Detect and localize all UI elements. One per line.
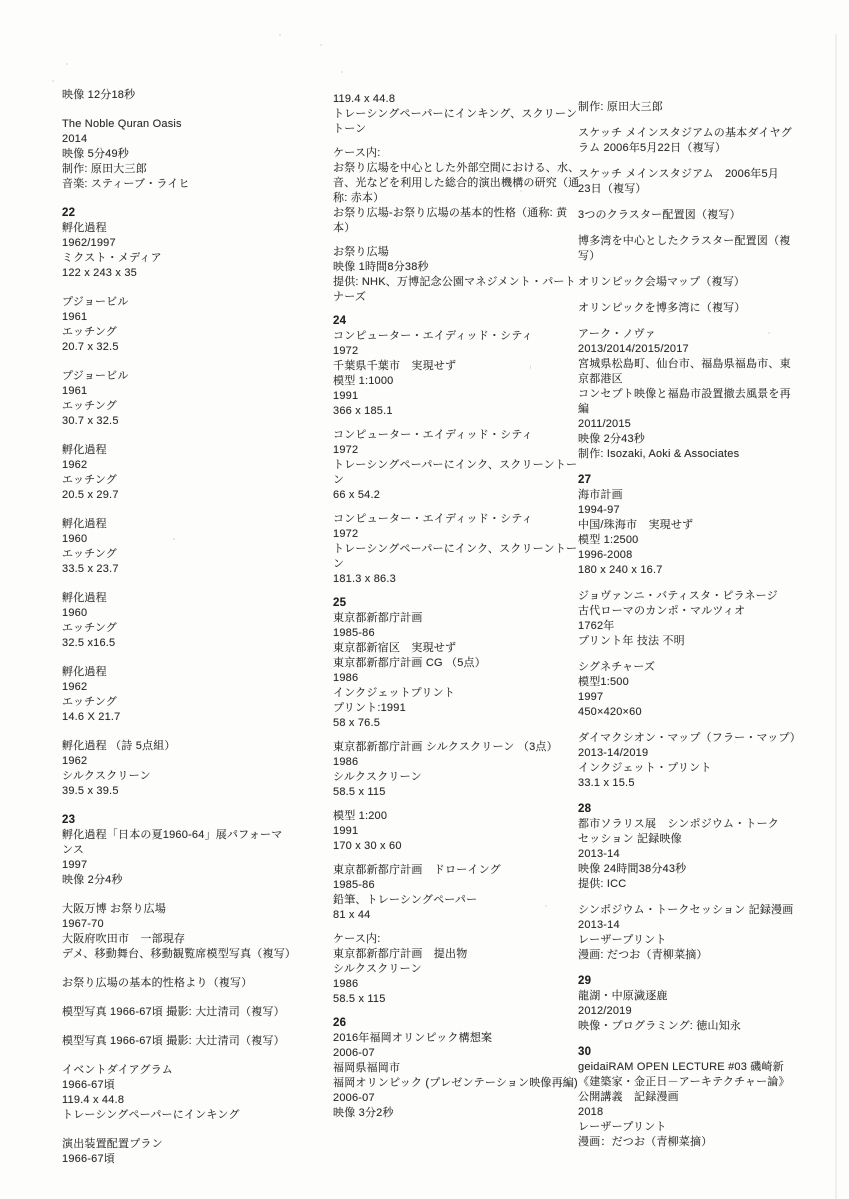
text-line: 海市計画: [578, 488, 836, 503]
text-line: 提供: NHK、万博記念公園マネジメント・パート: [333, 275, 601, 290]
text-line: 2011/2015: [578, 417, 836, 432]
text-line: インクジェットプリント: [333, 686, 601, 701]
scan-speck: [520, 190, 522, 192]
scan-speck: [530, 365, 531, 369]
text-line: 模型 1:200: [333, 809, 601, 824]
text-line: 33.5 x 23.7: [62, 562, 334, 577]
text-line: ナーズ: [333, 290, 601, 305]
entry-number: 22: [62, 206, 334, 221]
text-line: 古代ローマのカンポ・マルツィオ: [578, 604, 836, 619]
scan-speck: [545, 905, 547, 907]
text-line: 公開講義 記録漫画: [578, 1090, 836, 1105]
catalog-entry: 大阪万博 お祭り広場1967-70大阪府吹田市 一部現存デメ、移動舞台、移動観覧…: [62, 902, 334, 962]
text-line: トーン: [333, 122, 601, 137]
text-line: エッチング: [62, 325, 334, 340]
text-line: オリンピックを博多湾に（複写）: [578, 301, 836, 316]
text-line: シルクスクリーン: [333, 770, 601, 785]
text-line: 東京都新都庁計画: [333, 611, 601, 626]
text-line: 東京都新都庁計画 提出物: [333, 947, 601, 962]
scan-speck: [768, 332, 770, 334]
scanned-page: 映像 12分18秒The Noble Quran Oasis2014映像 5分4…: [0, 0, 849, 1199]
text-line: 2013/2014/2015/2017: [578, 342, 836, 357]
text-line: 都市ソラリス展 シンポジウム・トーク: [578, 817, 836, 832]
text-line: 1762年: [578, 619, 836, 634]
catalog-entry: 東京都新都庁計画 ドローイング1985-86鉛筆、トレーシングペーパー81 x …: [333, 863, 601, 923]
catalog-entry: 映像 12分18秒: [62, 88, 334, 103]
catalog-entry: 119.4 x 44.8トレーシングペーパーにインキング、スクリーントーン: [333, 92, 601, 137]
text-line: 1986: [333, 671, 601, 686]
catalog-entry: 孵化過程1960エッチング32.5 x16.5: [62, 591, 334, 651]
text-line: 音、光などを利用した総合的演出機構の研究（通: [333, 176, 601, 191]
text-line: イベントダイアグラム: [62, 1063, 334, 1078]
text-line: 編: [578, 402, 836, 417]
text-line: 龍湖・中原濊逐鹿: [578, 989, 836, 1004]
catalog-entry: 博多湾を中心としたクラスター配置図（複写）: [578, 234, 836, 264]
text-line: アーク・ノヴァ: [578, 327, 836, 342]
text-line: セッション 記録映像: [578, 832, 836, 847]
catalog-entry: スケッチ メインスタジアム 2006年5月23日（複写）: [578, 167, 836, 197]
text-line: シルクスクリーン: [333, 962, 601, 977]
catalog-entry: シンポジウム・トークセッション 記録漫画2013-14レーザープリント漫画: だ…: [578, 903, 836, 963]
text-line: お祭り広場-お祭り広場の基本的性格（通称: 黄: [333, 206, 601, 221]
text-line: エッチング: [62, 399, 334, 414]
text-line: オリンピック会場マップ（複写）: [578, 275, 836, 290]
catalog-entry: 22孵化過程1962/1997ミクスト・メディア122 x 243 x 35: [62, 206, 334, 281]
text-line: 1991: [333, 824, 601, 839]
text-line: 2014: [62, 132, 334, 147]
text-line: 1966-67頃: [62, 1078, 334, 1093]
text-line: 1961: [62, 310, 334, 325]
catalog-entry: 30geidaiRAM OPEN LECTURE #03 磯崎新《建築家・金正日…: [578, 1045, 836, 1150]
catalog-entry: イベントダイアグラム1966-67頃119.4 x 44.8トレーシングペーパー…: [62, 1063, 334, 1123]
catalog-entry: 模型写真 1966-67頃 撮影: 大辻清司（複写）: [62, 1034, 334, 1049]
text-line: 20.5 x 29.7: [62, 488, 334, 503]
catalog-entry: お祭り広場の基本的性格より（複写）: [62, 976, 334, 991]
text-line: 1960: [62, 606, 334, 621]
text-line: 映像 2分4秒: [62, 873, 334, 888]
text-line: 1967-70: [62, 917, 334, 932]
text-line: 30.7 x 32.5: [62, 414, 334, 429]
column-left: 映像 12分18秒The Noble Quran Oasis2014映像 5分4…: [62, 88, 334, 1181]
scan-speck: [279, 34, 281, 36]
text-line: 博多湾を中心としたクラスター配置図（複: [578, 234, 836, 249]
text-line: 福岡オリンピック (プレゼンテーション映像再編): [333, 1076, 601, 1091]
text-line: 制作: 原田大三郎: [578, 100, 836, 115]
text-line: シンポジウム・トークセッション 記録漫画: [578, 903, 836, 918]
text-line: 1997: [62, 858, 334, 873]
text-line: コンピューター・エイディッド・シティ: [333, 428, 601, 443]
text-line: 1962: [62, 458, 334, 473]
text-line: 大阪万博 お祭り広場: [62, 902, 334, 917]
text-line: 鉛筆、トレーシングペーパー: [333, 893, 601, 908]
text-line: 1972: [333, 527, 601, 542]
text-line: 81 x 44: [333, 908, 601, 923]
text-line: 模型 1:2500: [578, 533, 836, 548]
text-line: 1991: [333, 389, 601, 404]
catalog-entry: 28都市ソラリス展 シンポジウム・トークセッション 記録映像2013-14映像 …: [578, 802, 836, 892]
text-line: geidaiRAM OPEN LECTURE #03 磯崎新: [578, 1060, 836, 1075]
text-line: ケース内:: [333, 932, 601, 947]
text-line: 3つのクラスター配置図（複写）: [578, 208, 836, 223]
catalog-entry: The Noble Quran Oasis2014映像 5分49秒制作: 原田大…: [62, 117, 334, 192]
text-line: 千葉県千葉市 実現せず: [333, 359, 601, 374]
text-line: 1966-67頃: [62, 1152, 334, 1167]
text-line: レーザープリント: [578, 933, 836, 948]
text-line: ダイマクシオン・マップ（フラー・マップ）: [578, 731, 836, 746]
column-right: 制作: 原田大三郎スケッチ メインスタジアムの基本ダイヤグラム 2006年5月2…: [578, 100, 836, 1161]
text-line: ラム 2006年5月22日（複写）: [578, 141, 836, 156]
text-line: 58.5 x 115: [333, 785, 601, 800]
entry-number: 30: [578, 1045, 836, 1060]
text-line: 119.4 x 44.8: [62, 1093, 334, 1108]
text-line: 180 x 240 x 16.7: [578, 563, 836, 578]
text-line: 1962: [62, 754, 334, 769]
text-line: 20.7 x 32.5: [62, 340, 334, 355]
text-line: 東京都新都庁計画 CG （5点）: [333, 656, 601, 671]
catalog-entry: コンピューター・エイディッド・シティ1972トレーシングペーパーにインク、スクリ…: [333, 512, 601, 587]
text-line: 1985-86: [333, 626, 601, 641]
text-line: トレーシングペーパーにインキング: [62, 1108, 334, 1123]
text-line: プジョービル: [62, 295, 334, 310]
text-line: 提供: ICC: [578, 877, 836, 892]
text-line: スケッチ メインスタジアムの基本ダイヤグ: [578, 126, 836, 141]
text-line: 1997: [578, 690, 836, 705]
text-line: ン: [333, 473, 601, 488]
catalog-entry: 29龍湖・中原濊逐鹿2012/2019映像・プログラミング: 徳山知永: [578, 974, 836, 1034]
scan-speck: [341, 71, 343, 73]
text-line: 32.5 x16.5: [62, 636, 334, 651]
text-line: 66 x 54.2: [333, 488, 601, 503]
text-line: 大阪府吹田市 一部現存: [62, 932, 334, 947]
text-line: コンセプト映像と福島市設置撤去風景を再: [578, 387, 836, 402]
text-line: 1972: [333, 344, 601, 359]
text-line: 演出装置配置プラン: [62, 1137, 334, 1152]
catalog-entry: ケース内:東京都新都庁計画 提出物シルクスクリーン198658.5 x 115: [333, 932, 601, 1007]
text-line: 映像 5分49秒: [62, 147, 334, 162]
text-line: 1962: [62, 680, 334, 695]
text-line: 映像 24時間38分43秒: [578, 862, 836, 877]
text-line: 1960: [62, 532, 334, 547]
catalog-entry: コンピューター・エイディッド・シティ1972トレーシングペーパーにインク、スクリ…: [333, 428, 601, 503]
catalog-entry: 262016年福岡オリンピック構想案2006-07福岡県福岡市福岡オリンピック …: [333, 1016, 601, 1121]
text-line: 170 x 30 x 60: [333, 839, 601, 854]
entry-number: 25: [333, 596, 601, 611]
text-line: スケッチ メインスタジアム 2006年5月: [578, 167, 836, 182]
text-line: 1961: [62, 384, 334, 399]
text-line: 181.3 x 86.3: [333, 572, 601, 587]
text-line: ミクスト・メディア: [62, 251, 334, 266]
text-line: 東京都新都庁計画 ドローイング: [333, 863, 601, 878]
text-line: 2018: [578, 1105, 836, 1120]
text-line: 孵化過程: [62, 517, 334, 532]
text-line: 模型 1:1000: [333, 374, 601, 389]
catalog-entry: 24コンピューター・エイディッド・シティ1972千葉県千葉市 実現せず模型 1:…: [333, 314, 601, 419]
text-line: 2013-14: [578, 847, 836, 862]
entry-number: 24: [333, 314, 601, 329]
catalog-entry: 模型写真 1966-67頃 撮影: 大辻清司（複写）: [62, 1005, 334, 1020]
catalog-entry: 東京都新都庁計画 シルクスクリーン （3点）1986シルクスクリーン58.5 x…: [333, 740, 601, 800]
text-line: デメ、移動舞台、移動観覧席模型写真（複写）: [62, 947, 334, 962]
text-line: 58 x 76.5: [333, 716, 601, 731]
text-line: プジョービル: [62, 369, 334, 384]
text-line: トレーシングペーパーにインク、スクリーントー: [333, 458, 601, 473]
text-line: 称: 赤本）: [333, 191, 601, 206]
catalog-entry: プジョービル1961エッチング30.7 x 32.5: [62, 369, 334, 429]
text-line: 東京都新宿区 実現せず: [333, 641, 601, 656]
text-line: 宮城県松島町、仙台市、福島県福島市、東: [578, 357, 836, 372]
text-line: 模型写真 1966-67頃 撮影: 大辻清司（複写）: [62, 1034, 334, 1049]
catalog-entry: アーク・ノヴァ2013/2014/2015/2017宮城県松島町、仙台市、福島県…: [578, 327, 836, 462]
catalog-entry: 孵化過程 （詩 5点組）1962シルクスクリーン39.5 x 39.5: [62, 739, 334, 799]
text-line: 2013-14: [578, 918, 836, 933]
text-line: 孵化過程: [62, 221, 334, 236]
text-line: プリント:1991: [333, 701, 601, 716]
scan-speck: [66, 63, 68, 65]
text-line: 映像 2分43秒: [578, 432, 836, 447]
text-line: 写）: [578, 249, 836, 264]
column-middle: 119.4 x 44.8トレーシングペーパーにインキング、スクリーントーンケース…: [333, 92, 601, 1130]
text-line: 39.5 x 39.5: [62, 784, 334, 799]
text-line: 映像・プログラミング: 徳山知永: [578, 1019, 836, 1034]
text-line: 東京都新都庁計画 シルクスクリーン （3点）: [333, 740, 601, 755]
entry-number: 28: [578, 802, 836, 817]
entry-number: 29: [578, 974, 836, 989]
text-line: コンピューター・エイディッド・シティ: [333, 329, 601, 344]
text-line: 音楽: スティーブ・ライヒ: [62, 177, 334, 192]
text-line: インクジェット・プリント: [578, 761, 836, 776]
text-line: ンス: [62, 843, 334, 858]
text-line: 2006-07: [333, 1091, 601, 1106]
scan-edge-line: [835, 34, 837, 1199]
text-line: 1986: [333, 755, 601, 770]
text-line: エッチング: [62, 695, 334, 710]
text-line: 14.6 X 21.7: [62, 710, 334, 725]
text-line: 漫画: だつお（青柳菜摘）: [578, 948, 836, 963]
text-line: コンピューター・エイディッド・シティ: [333, 512, 601, 527]
catalog-entry: ケース内:お祭り広場を中心とした外部空間における、水、音、光などを利用した総合的…: [333, 146, 601, 236]
text-line: エッチング: [62, 547, 334, 562]
text-line: 孵化過程「日本の夏1960-64」展パフォーマ: [62, 828, 334, 843]
text-line: 模型写真 1966-67頃 撮影: 大辻清司（複写）: [62, 1005, 334, 1020]
text-line: お祭り広場: [333, 245, 601, 260]
text-line: 漫画：だつお（青柳菜摘）: [578, 1135, 836, 1150]
catalog-entry: 25東京都新都庁計画1985-86東京都新宿区 実現せず東京都新都庁計画 CG …: [333, 596, 601, 731]
text-line: 450×420×60: [578, 705, 836, 720]
catalog-entry: 27海市計画1994-97中国/珠海市 実現せず模型 1:25001996-20…: [578, 473, 836, 578]
scan-speck: [173, 538, 175, 540]
text-line: 58.5 x 115: [333, 992, 601, 1007]
text-line: 映像 1時間8分38秒: [333, 260, 601, 275]
text-line: 1962/1997: [62, 236, 334, 251]
catalog-entry: 23孵化過程「日本の夏1960-64」展パフォーマンス1997映像 2分4秒: [62, 813, 334, 888]
text-line: 本）: [333, 221, 601, 236]
text-line: 福岡県福岡市: [333, 1061, 601, 1076]
text-line: 1994-97: [578, 503, 836, 518]
text-line: お祭り広場を中心とした外部空間における、水、: [333, 161, 601, 176]
text-line: プリント年 技法 不明: [578, 634, 836, 649]
catalog-entry: ダイマクシオン・マップ（フラー・マップ）2013-14/2019インクジェット・…: [578, 731, 836, 791]
text-line: 孵化過程: [62, 591, 334, 606]
text-line: The Noble Quran Oasis: [62, 117, 334, 132]
entry-number: 26: [333, 1016, 601, 1031]
text-line: 京都港区: [578, 372, 836, 387]
text-line: 制作: 原田大三郎: [62, 162, 334, 177]
catalog-entry: 3つのクラスター配置図（複写）: [578, 208, 836, 223]
catalog-entry: 孵化過程1962エッチング14.6 X 21.7: [62, 665, 334, 725]
catalog-entry: スケッチ メインスタジアムの基本ダイヤグラム 2006年5月22日（複写）: [578, 126, 836, 156]
text-line: 2012/2019: [578, 1004, 836, 1019]
text-line: 2013-14/2019: [578, 746, 836, 761]
text-line: シグネチャーズ: [578, 660, 836, 675]
text-line: 映像 3分2秒: [333, 1106, 601, 1121]
text-line: 《建築家・金正日－アーキテクチャー論》: [578, 1075, 836, 1090]
text-line: 119.4 x 44.8: [333, 92, 601, 107]
catalog-entry: 制作: 原田大三郎: [578, 100, 836, 115]
text-line: 33.1 x 15.5: [578, 776, 836, 791]
text-line: 中国/珠海市 実現せず: [578, 518, 836, 533]
text-line: トレーシングペーパーにインキング、スクリーン: [333, 107, 601, 122]
text-line: 映像 12分18秒: [62, 88, 334, 103]
text-line: 122 x 243 x 35: [62, 266, 334, 281]
text-line: ケース内:: [333, 146, 601, 161]
text-line: 孵化過程: [62, 443, 334, 458]
catalog-entry: プジョービル1961エッチング20.7 x 32.5: [62, 295, 334, 355]
text-line: 1972: [333, 443, 601, 458]
catalog-entry: 演出装置配置プラン1966-67頃: [62, 1137, 334, 1167]
catalog-entry: 孵化過程1960エッチング33.5 x 23.7: [62, 517, 334, 577]
text-line: お祭り広場の基本的性格より（複写）: [62, 976, 334, 991]
entry-number: 27: [578, 473, 836, 488]
catalog-entry: 孵化過程1962エッチング20.5 x 29.7: [62, 443, 334, 503]
scan-speck: [52, 80, 54, 82]
catalog-entry: お祭り広場映像 1時間8分38秒提供: NHK、万博記念公園マネジメント・パート…: [333, 245, 601, 305]
text-line: エッチング: [62, 621, 334, 636]
text-line: 制作: Isozaki, Aoki & Associates: [578, 447, 836, 462]
text-line: 模型1:500: [578, 675, 836, 690]
text-line: 2006-07: [333, 1046, 601, 1061]
text-line: 孵化過程 （詩 5点組）: [62, 739, 334, 754]
text-line: ン: [333, 557, 601, 572]
text-line: 1986: [333, 977, 601, 992]
text-line: 366 x 185.1: [333, 404, 601, 419]
text-line: 2016年福岡オリンピック構想案: [333, 1031, 601, 1046]
text-line: シルクスクリーン: [62, 769, 334, 784]
entry-number: 23: [62, 813, 334, 828]
text-line: 23日（複写）: [578, 182, 836, 197]
catalog-entry: 模型 1:2001991170 x 30 x 60: [333, 809, 601, 854]
text-line: トレーシングペーパーにインク、スクリーントー: [333, 542, 601, 557]
scan-speck: [320, 44, 322, 46]
text-line: 孵化過程: [62, 665, 334, 680]
text-line: エッチング: [62, 473, 334, 488]
catalog-entry: シグネチャーズ模型1:5001997450×420×60: [578, 660, 836, 720]
catalog-entry: オリンピック会場マップ（複写）: [578, 275, 836, 290]
catalog-entry: ジョヴァンニ・バティスタ・ピラネージ古代ローマのカンポ・マルツィオ1762年プリ…: [578, 589, 836, 649]
text-line: 1985-86: [333, 878, 601, 893]
text-line: 1996-2008: [578, 548, 836, 563]
text-line: ジョヴァンニ・バティスタ・ピラネージ: [578, 589, 836, 604]
text-line: レーザープリント: [578, 1120, 836, 1135]
catalog-entry: オリンピックを博多湾に（複写）: [578, 301, 836, 316]
